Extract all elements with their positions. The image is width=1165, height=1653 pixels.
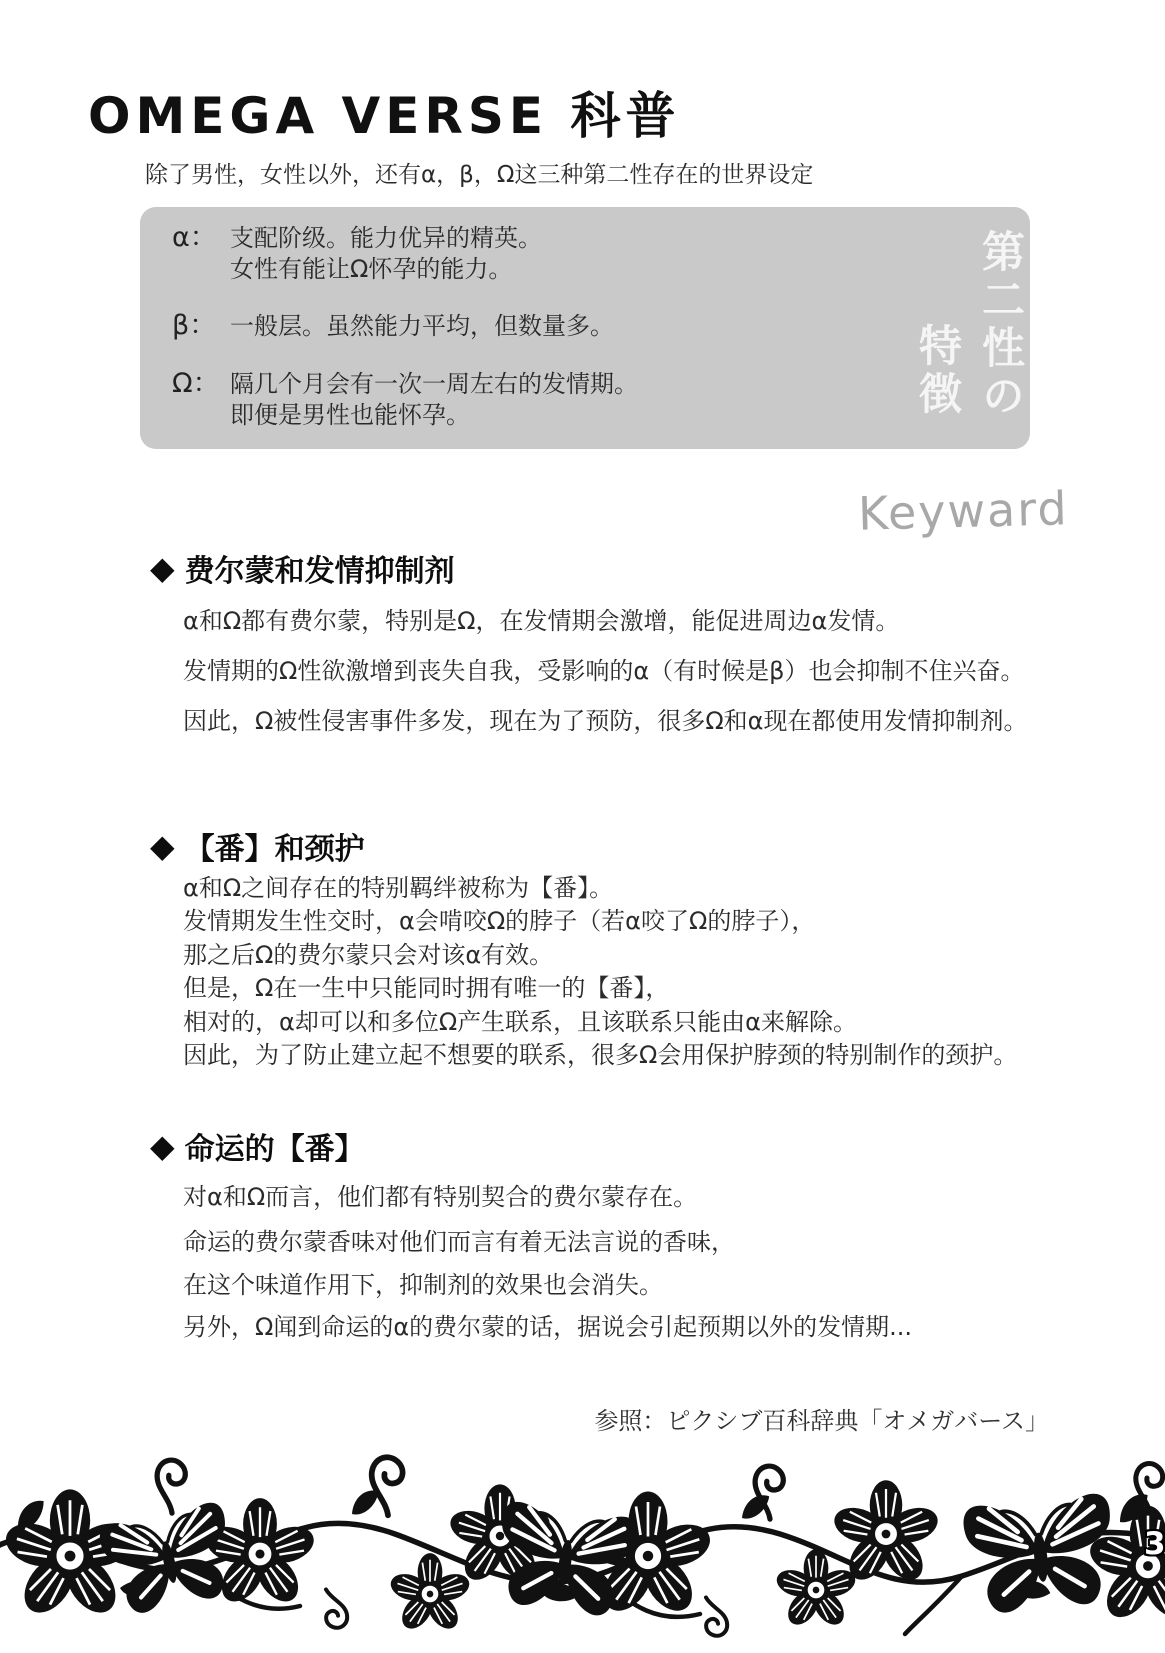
section-heading-bond: ◆ 【番】和颈护: [150, 824, 365, 868]
section2-line-1: α和Ω之间存在的特别羁绊被称为【番】。: [183, 872, 1017, 905]
vertical-caption-column-1: 第二性の: [978, 229, 1021, 421]
alpha-entry: α： 支配阶级。能力优异的精英。 女性有能让Ω怀孕的能力。: [172, 223, 542, 285]
second-gender-info-box: α： 支配阶级。能力优异的精英。 女性有能让Ω怀孕的能力。 β： 一般层。虽然能…: [140, 207, 1030, 449]
section-heading-text: 【番】和颈护: [185, 824, 365, 868]
reference-credit: 参照：ピクシブ百科辞典「オメガバース」: [594, 1401, 1049, 1436]
section-heading-text: 命运的【番】: [185, 1124, 365, 1168]
spiral-icon: [696, 1594, 730, 1639]
section-heading-fated-bond: ◆ 命运的【番】: [150, 1124, 365, 1168]
section-heading-pheromone: ◆ 费尔蒙和发情抑制剂: [150, 546, 455, 590]
page-title: OMEGA VERSE 科普: [88, 76, 681, 148]
section2-line-3: 那之后Ω的费尔蒙只会对该α有效。: [183, 939, 1017, 972]
page-number: 3: [1144, 1526, 1165, 1562]
section1-line-3: 因此，Ω被性侵害事件多发，现在为了预防，很多Ω和α现在都使用发情抑制剂。: [183, 701, 1028, 736]
butterfly-flower-border: [0, 1438, 1165, 1653]
section2-line-4: 但是，Ω在一生中只能同时拥有唯一的【番】，: [183, 972, 1017, 1005]
vertical-caption-column-2: 特徴: [915, 323, 958, 419]
alpha-line-2: 女性有能让Ω怀孕的能力。: [230, 254, 542, 285]
section-heading-text: 费尔蒙和发情抑制剂: [185, 546, 455, 590]
section3-line-1: 对α和Ω而言，他们都有特别契合的费尔蒙存在。: [183, 1177, 697, 1212]
section2-line-5: 相对的，α却可以和多位Ω产生联系，且该联系只能由α来解除。: [183, 1006, 1017, 1039]
section3-line-2: 命运的费尔蒙香味对他们而言有着无法言说的香味，: [183, 1222, 735, 1257]
keyward-label: Keyward: [857, 481, 1069, 540]
section1-line-2: 发情期的Ω性欲激增到丧失自我，受影响的α（有时候是β）也会抑制不住兴奋。: [183, 651, 1024, 686]
alpha-symbol: α：: [172, 223, 230, 285]
section2-line-2: 发情期发生性交时，α会啃咬Ω的脖子（若α咬了Ω的脖子），: [183, 905, 1017, 938]
omega-line-2: 即便是男性也能怀孕。: [230, 400, 638, 431]
section2-line-6: 因此，为了防止建立起不想要的联系，很多Ω会用保护脖颈的特别制作的颈护。: [183, 1039, 1017, 1072]
beta-entry: β： 一般层。虽然能力平均，但数量多。: [172, 311, 614, 342]
intro-text: 除了男性，女性以外，还有α，β，Ω这三种第二性存在的世界设定: [145, 156, 813, 189]
omega-line-1: 隔几个月会有一次一周左右的发情期。: [230, 369, 638, 400]
section1-line-1: α和Ω都有费尔蒙，特别是Ω，在发情期会激增，能促进周边α发情。: [183, 601, 899, 636]
omega-symbol: Ω：: [172, 369, 230, 431]
section2-paragraph: α和Ω之间存在的特别羁绊被称为【番】。 发情期发生性交时，α会啃咬Ω的脖子（若α…: [183, 872, 1017, 1072]
beta-symbol: β：: [172, 311, 230, 342]
section3-line-4: 另外，Ω闻到命运的α的费尔蒙的话，据说会引起预期以外的发情期...: [183, 1307, 912, 1342]
omega-entry: Ω： 隔几个月会有一次一周左右的发情期。 即便是男性也能怀孕。: [172, 369, 638, 431]
spiral-icon: [157, 1460, 185, 1513]
diamond-bullet-icon: ◆: [150, 830, 175, 862]
diamond-bullet-icon: ◆: [150, 552, 175, 584]
spiral-icon: [316, 1586, 350, 1631]
beta-line-1: 一般层。虽然能力平均，但数量多。: [230, 311, 614, 342]
spiral-icon: [372, 1457, 403, 1515]
section3-line-3: 在这个味道作用下，抑制剂的效果也会消失。: [183, 1265, 663, 1300]
diamond-bullet-icon: ◆: [150, 1130, 175, 1162]
alpha-line-1: 支配阶级。能力优异的精英。: [230, 223, 542, 254]
flower-icon: [387, 1553, 472, 1634]
